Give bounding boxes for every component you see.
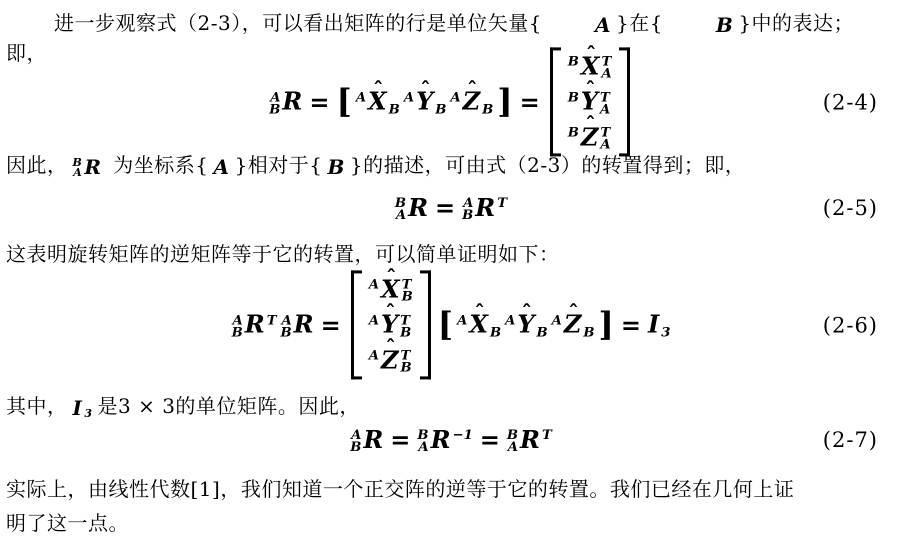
math-symbol: AYB [404,89,447,115]
textbook-page: 进一步观察式（2-3），可以看出矩阵的行是单位矢量{A}在{B}中的表达；即， … [0,0,902,538]
math-operator: = [520,90,540,114]
math-symbol: BYTA [568,89,611,115]
equation-2-4: ABR=[AXBAYBAZB]=BXTABYTABZTA (2-4) [0,47,902,156]
math-symbol: ABR [269,89,302,115]
math-symbol: ABR [281,312,314,338]
equation-2-7: ABR=BAR−1=BART (2-7) [0,427,902,453]
math-symbol: AYTB [369,312,412,338]
math-symbol: AZB [450,89,493,115]
paragraph-inverse-statement: 这表明旋转矩阵的逆矩阵等于它的转置，可以简单证明如下： [6,239,888,269]
math-symbol: A [547,14,611,36]
column-matrix: AXTBAYTBAZTB [351,270,431,379]
math-symbol: BAR [73,156,102,178]
matrix-row: AXTB [367,276,415,302]
math-symbol: ABRT [232,312,277,338]
inline-math: B [326,156,347,178]
equation-2-6-formula: ABRTABR=AXTBAYTBAZTB[AXBAYBAZB]=I3 [230,270,673,379]
math-operator: = [321,313,341,337]
math-operator: = [390,428,410,452]
inline-math: B [666,14,735,36]
math-symbol: A [214,156,230,178]
matrix-row: AYTB [367,312,414,338]
equation-2-4-number: (2-4) [823,90,878,114]
inline-math: A [545,14,613,36]
math-symbol: AXB [457,312,501,338]
matrix-row: BZTA [566,124,613,150]
equation-2-5: BAR=ABRT (2-5) [0,195,902,221]
inline-math: BAR [71,156,104,178]
matrix-left-bracket [550,47,561,156]
math-symbol: ABR [350,427,383,453]
matrix-left-bracket [351,270,362,379]
math-symbol: BAR [395,195,428,221]
math-symbol: B [328,156,345,178]
equation-2-7-number: (2-7) [823,428,878,452]
equation-2-6-number: (2-6) [823,313,878,337]
math-symbol: AZB [552,312,595,338]
math-operator: [ [336,86,351,118]
paragraph-transpose: 因此，BAR 为坐标系{A}相对于{B}的描述，可由式（2-3）的转置得到；即， [6,150,888,180]
matrix-row: BYTA [566,89,613,115]
equation-2-7-formula: ABR=BAR−1=BART [348,427,554,453]
math-symbol: I3 [73,397,93,419]
math-operator: = [309,90,329,114]
matrix-row: BXTA [566,53,614,79]
math-operator: ] [497,86,512,118]
math-symbol: AXB [356,89,400,115]
equation-2-4-formula: ABR=[AXBAYBAZB]=BXTABYTABZTA [267,47,634,156]
math-operator: [ [438,309,453,341]
paragraph-conclusion: 实际上，由线性代数[1]，我们知道一个正交阵的逆等于它的转置。我们已经在几何上证… [6,472,888,538]
math-symbol: AYB [505,312,548,338]
math-symbol: BART [507,427,552,453]
inline-math: I3 [71,397,95,419]
inline-math: A [212,156,232,178]
equation-2-5-number: (2-5) [823,196,878,220]
math-operator: ] [599,309,614,341]
math-symbol: B [668,14,733,36]
matrix-right-bracket [420,270,431,379]
math-symbol: ABRT [462,195,507,221]
matrix-right-bracket [619,47,630,156]
math-symbol: AZTB [369,347,412,373]
equation-2-5-formula: BAR=ABRT [393,195,509,221]
math-symbol: AXTB [369,276,413,302]
math-symbol: BXTA [568,53,612,79]
math-symbol: I3 [648,312,670,338]
math-symbol: BZTA [568,124,611,150]
math-operator: = [480,428,500,452]
math-operator: = [435,196,455,220]
matrix-row: AZTB [367,347,414,373]
math-symbol: BAR−1 [417,427,472,453]
equation-2-6: ABRTABR=AXTBAYTBAZTB[AXBAYBAZB]=I3 (2-6) [0,270,902,379]
paragraph-identity: 其中，I3是3 × 3的单位矩阵。因此， [6,391,888,421]
column-matrix: BXTABYTABZTA [550,47,630,156]
math-operator: = [621,313,641,337]
